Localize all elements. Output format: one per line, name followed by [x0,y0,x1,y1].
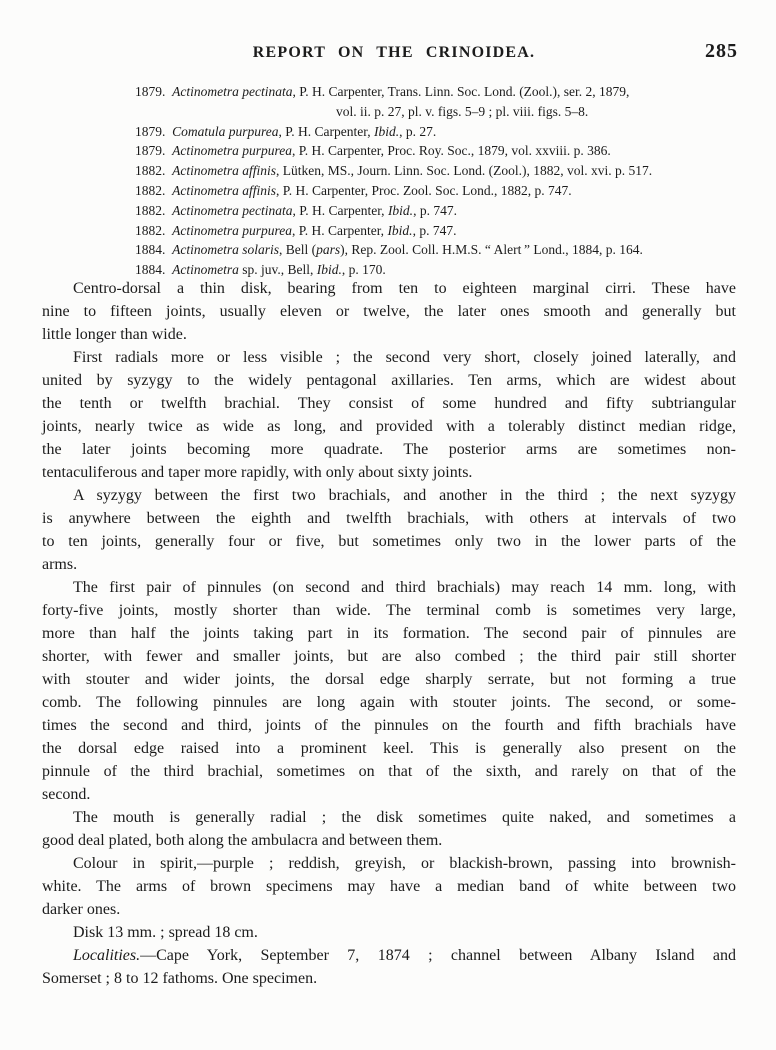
text-line: Somerset ; 8 to 12 fathoms. One specimen… [42,967,736,990]
text-line: The mouth is generally radial ; the disk… [42,806,736,829]
text-line: white. The arms of brown specimens may h… [42,875,736,898]
text-line: joints, nearly twice as wide as long, an… [42,415,736,438]
citation-line: 1879. Comatula purpurea, P. H. Carpenter… [135,122,747,142]
citation-line: 1884. Actinometra solaris, Bell (pars), … [135,240,747,260]
text-line: is anywhere between the eighth and twelf… [42,507,736,530]
text-line: to ten joints, generally four or five, b… [42,530,736,553]
text-line: nine to fifteen joints, usually eleven o… [42,300,736,323]
citation-line: 1882. Actinometra pectinata, P. H. Carpe… [135,201,747,221]
text-line: Disk 13 mm. ; spread 18 cm. [42,921,736,944]
text-line: A syzygy between the first two brachials… [42,484,736,507]
paragraph: The mouth is generally radial ; the disk… [42,806,736,852]
text-line: forty-five joints, mostly shorter than w… [42,599,736,622]
text-line: arms. [42,553,736,576]
text-line: comb. The following pinnules are long ag… [42,691,736,714]
text-line: The first pair of pinnules (on second an… [42,576,736,599]
citation-line: 1879. Actinometra pectinata, P. H. Carpe… [135,82,747,102]
text-line: united by syzygy to the widely pentagona… [42,369,736,392]
text-line: pinnule of the third brachial, sometimes… [42,760,736,783]
synonymy-list: 1879. Actinometra pectinata, P. H. Carpe… [135,82,747,280]
citation-line: 1879. Actinometra purpurea, P. H. Carpen… [135,141,747,161]
text-line: good deal plated, both along the ambulac… [42,829,736,852]
paragraph: Centro-dorsal a thin disk, bearing from … [42,277,736,346]
citation-continuation-line: vol. ii. p. 27, pl. v. figs. 5–9 ; pl. v… [336,102,747,122]
text-line: times the second and third, joints of th… [42,714,736,737]
text-line: First radials more or less visible ; the… [42,346,736,369]
text-line: more than half the joints taking part in… [42,622,736,645]
text-line: Localities.—Cape York, September 7, 1874… [42,944,736,967]
text-line: shorter, with fewer and smaller joints, … [42,645,736,668]
text-line: Centro-dorsal a thin disk, bearing from … [42,277,736,300]
citation-line: 1882. Actinometra affinis, Lütken, MS., … [135,161,747,181]
page-number: 285 [705,40,738,63]
citation-line: 1882. Actinometra purpurea, P. H. Carpen… [135,221,747,241]
paragraph: Localities.—Cape York, September 7, 1874… [42,944,736,990]
text-line: second. [42,783,736,806]
paragraph: Colour in spirit,—purple ; reddish, grey… [42,852,736,921]
text-line: with stouter and wider joints, the dorsa… [42,668,736,691]
text-line: little longer than wide. [42,323,736,346]
paragraph: The first pair of pinnules (on second an… [42,576,736,806]
text-line: darker ones. [42,898,736,921]
running-title: REPORT ON THE CRINOIDEA. [6,44,776,62]
text-line: the dorsal edge raised into a prominent … [42,737,736,760]
paragraph: Disk 13 mm. ; spread 18 cm. [42,921,736,944]
text-line: tentaculiferous and taper more rapidly, … [42,461,736,484]
text-line: the tenth or twelfth brachial. They cons… [42,392,736,415]
text-line: Colour in spirit,—purple ; reddish, grey… [42,852,736,875]
citation-line: 1882. Actinometra affinis, P. H. Carpent… [135,181,747,201]
text-line: the later joints becoming more quadrate.… [42,438,736,461]
document-page: REPORT ON THE CRINOIDEA. 285 1879. Actin… [0,0,776,1050]
body-text: Centro-dorsal a thin disk, bearing from … [42,277,736,990]
paragraph: A syzygy between the first two brachials… [42,484,736,576]
paragraph: First radials more or less visible ; the… [42,346,736,484]
